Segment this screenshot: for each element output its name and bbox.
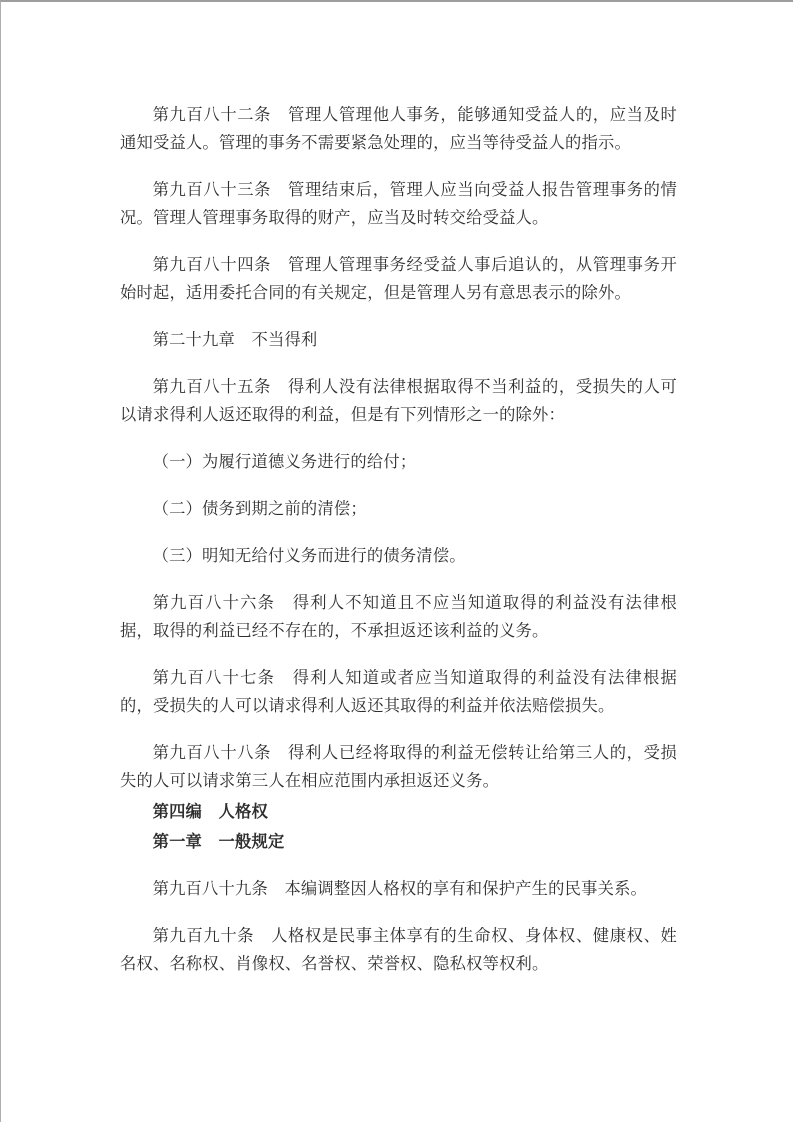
law-article-985-item-3: （三）明知无给付义务而进行的债务清偿。: [120, 542, 677, 570]
document-page: 第九百八十二条 管理人管理他人事务，能够通知受益人的，应当及时通知受益人。管理的…: [0, 0, 793, 1122]
law-article-986: 第九百八十六条 得利人不知道且不应当知道取得的利益没有法律根据，取得的利益已经不…: [120, 589, 677, 645]
law-article-988: 第九百八十八条 得利人已经将取得的利益无偿转让给第三人的，受损失的人可以请求第三…: [120, 739, 677, 795]
part-4-heading: 第四编 人格权: [120, 798, 677, 826]
law-article-983: 第九百八十三条 管理结束后，管理人应当向受益人报告管理事务的情况。管理人管理事务…: [120, 176, 677, 232]
law-article-985-item-2: （二）债务到期之前的清偿；: [120, 495, 677, 523]
law-article-990: 第九百九十条 人格权是民事主体享有的生命权、身体权、健康权、姓名权、名称权、肖像…: [120, 922, 677, 978]
law-article-985-item-1: （一）为履行道德义务进行的给付；: [120, 448, 677, 476]
chapter-29-heading: 第二十九章 不当得利: [120, 326, 677, 354]
law-article-984: 第九百八十四条 管理人管理事务经受益人事后追认的，从管理事务开始时起，适用委托合…: [120, 251, 677, 307]
law-article-982: 第九百八十二条 管理人管理他人事务，能够通知受益人的，应当及时通知受益人。管理的…: [120, 101, 677, 157]
law-article-989: 第九百八十九条 本编调整因人格权的享有和保护产生的民事关系。: [120, 875, 677, 903]
chapter-1-heading: 第一章 一般规定: [120, 828, 677, 856]
law-article-985: 第九百八十五条 得利人没有法律根据取得不当利益的，受损失的人可以请求得利人返还取…: [120, 373, 677, 429]
law-text-content: 第九百八十二条 管理人管理他人事务，能够通知受益人的，应当及时通知受益人。管理的…: [120, 101, 677, 978]
law-article-987: 第九百八十七条 得利人知道或者应当知道取得的利益没有法律根据的，受损失的人可以请…: [120, 664, 677, 720]
